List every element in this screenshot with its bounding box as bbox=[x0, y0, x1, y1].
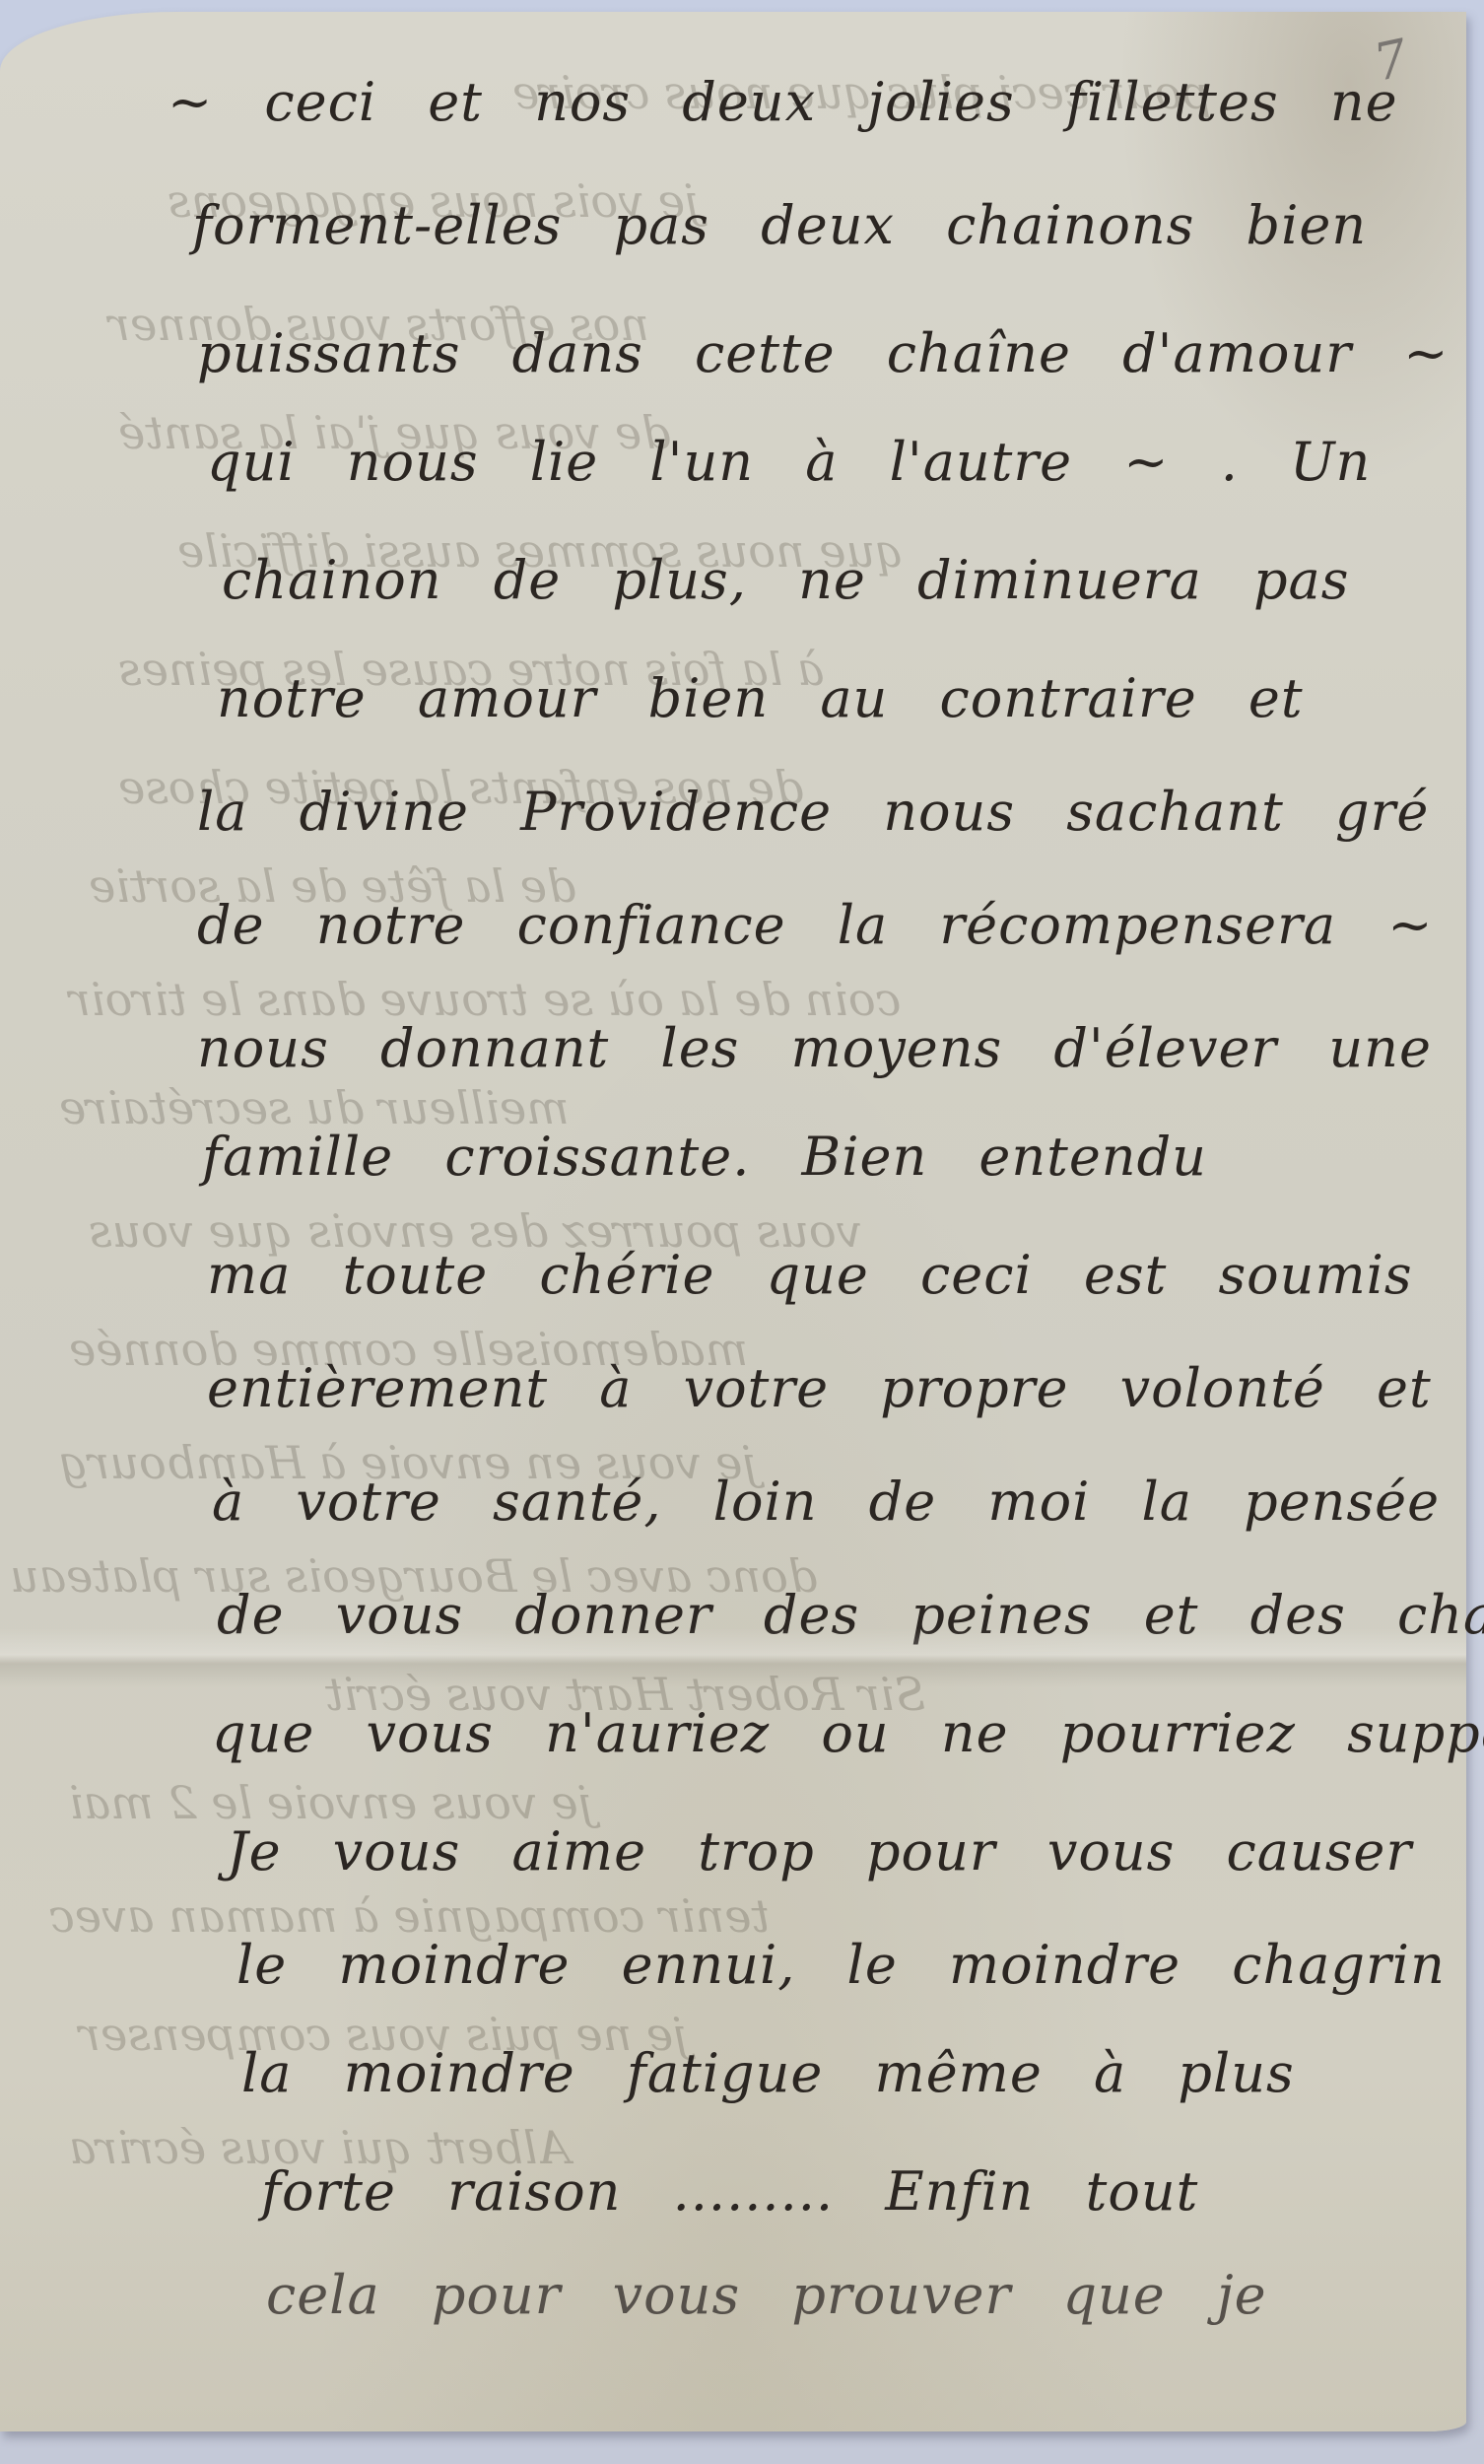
letter-line: à votre santé, loin de moi la pensée bbox=[212, 1471, 1440, 1533]
letter-line: Je vous aime trop pour vous causer bbox=[227, 1820, 1412, 1882]
letter-line: chainon de plus, ne diminuera pas bbox=[222, 549, 1349, 611]
letter-line: la moindre fatigue même à plus bbox=[241, 2042, 1295, 2104]
letter-line: entièrement à votre propre volonté et bbox=[207, 1357, 1432, 1419]
letter-line: que vous n'auriez ou ne pourriez support… bbox=[212, 1702, 1484, 1764]
letter-line: ~ ceci et nos deux jolies fillettes ne bbox=[168, 71, 1398, 133]
letter-line: qui nous lie l'un à l'autre ~ . Un bbox=[207, 431, 1371, 493]
letter-line: de vous donner des peines et des charges bbox=[217, 1584, 1484, 1646]
letter-line: la divine Providence nous sachant gré bbox=[197, 781, 1429, 843]
letter-line: forment-elles pas deux chainons bien bbox=[192, 194, 1367, 256]
letter-line: ma toute chérie que ceci est soumis bbox=[207, 1244, 1413, 1306]
letter-line: notre amour bien au contraire et bbox=[217, 667, 1304, 729]
letter-line: le moindre ennui, le moindre chagrin bbox=[236, 1934, 1446, 1996]
letter-line: de notre confiance la récompensera ~ en bbox=[197, 894, 1484, 956]
letter-line: famille croissante. Bien entendu bbox=[202, 1126, 1207, 1188]
letter-line: forte raison ......... Enfin tout bbox=[261, 2160, 1198, 2223]
letter-line: nous donnant les moyens d'élever une bbox=[197, 1017, 1432, 1079]
letter-page: 7 pour ceci plus que nous croire je vois… bbox=[0, 12, 1466, 2431]
letter-line: puissants dans cette chaîne d'amour ~ bbox=[197, 322, 1449, 384]
letter-line: cela pour vous prouver que je bbox=[266, 2264, 1267, 2326]
